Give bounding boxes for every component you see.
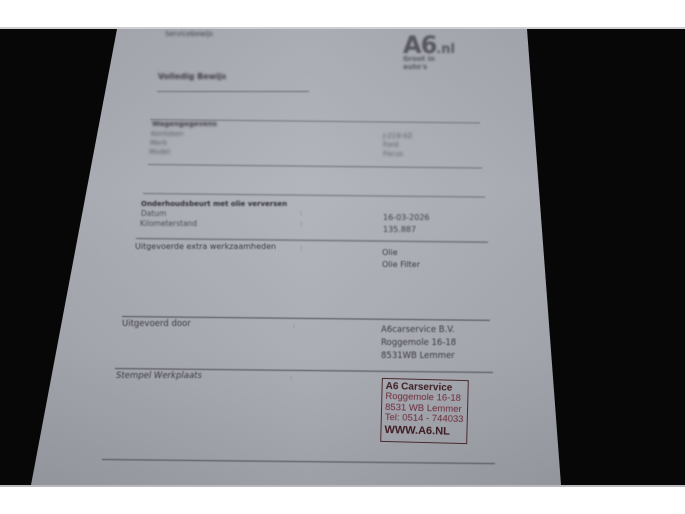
header-small-text: Servicebewijs xyxy=(165,30,213,38)
service-value-date: 16-03-2026 xyxy=(383,213,430,222)
workshop-stamp: A6 Carservice Roggemole 16-18 8531 WB Le… xyxy=(380,378,469,444)
extra-work-item: Olie xyxy=(382,248,398,257)
vehicle-value-plate: J-219-XZ xyxy=(383,132,412,140)
document-title: Volledig Bewijs xyxy=(158,72,226,81)
separator-colon: : xyxy=(290,374,292,382)
stamp-section-label: Stempel Werkplaats xyxy=(116,371,202,381)
vehicle-heading: Wagengegevens xyxy=(152,120,217,128)
title-underline xyxy=(157,91,309,92)
a6-logo: A6.nl Groot in auto's xyxy=(403,31,455,59)
vehicle-label-plate: Kenteken xyxy=(151,130,184,138)
document-photo: Servicebewijs A6.nl Groot in auto's Voll… xyxy=(0,29,685,485)
stamp-website: WWW.A6.NL xyxy=(384,423,463,437)
paper-shading xyxy=(0,29,685,485)
performed-by-city: 8531WB Lemmer xyxy=(381,351,455,361)
service-value-mileage: 135.887 xyxy=(383,225,416,234)
service-heading: Onderhoudsbeurt met olie verversen xyxy=(141,200,287,208)
separator-colon: : xyxy=(300,209,302,217)
bottom-border xyxy=(0,485,685,487)
separator-colon: : xyxy=(300,244,302,252)
extra-work-label: Uitgevoerde extra werkzaamheden xyxy=(135,242,276,251)
performed-by-street: Roggemole 16-18 xyxy=(381,338,456,348)
vehicle-label-model: Model xyxy=(149,148,170,156)
performed-by-label: Uitgevoerd door xyxy=(122,319,191,329)
vehicle-label-brand: Merk xyxy=(150,139,167,147)
service-label-mileage: Kilometerstand xyxy=(140,219,197,228)
vehicle-value-brand: Ford xyxy=(383,141,398,149)
service-label-date: Datum xyxy=(141,209,166,218)
logo-tagline: Groot in auto's xyxy=(403,55,455,71)
extra-work-item: Olie Filter xyxy=(382,260,420,269)
separator-colon: : xyxy=(293,322,295,330)
separator-colon: : xyxy=(300,220,302,228)
performed-by-company: A6carservice B.V. xyxy=(381,325,455,335)
vehicle-value-model: Focus xyxy=(383,150,403,158)
